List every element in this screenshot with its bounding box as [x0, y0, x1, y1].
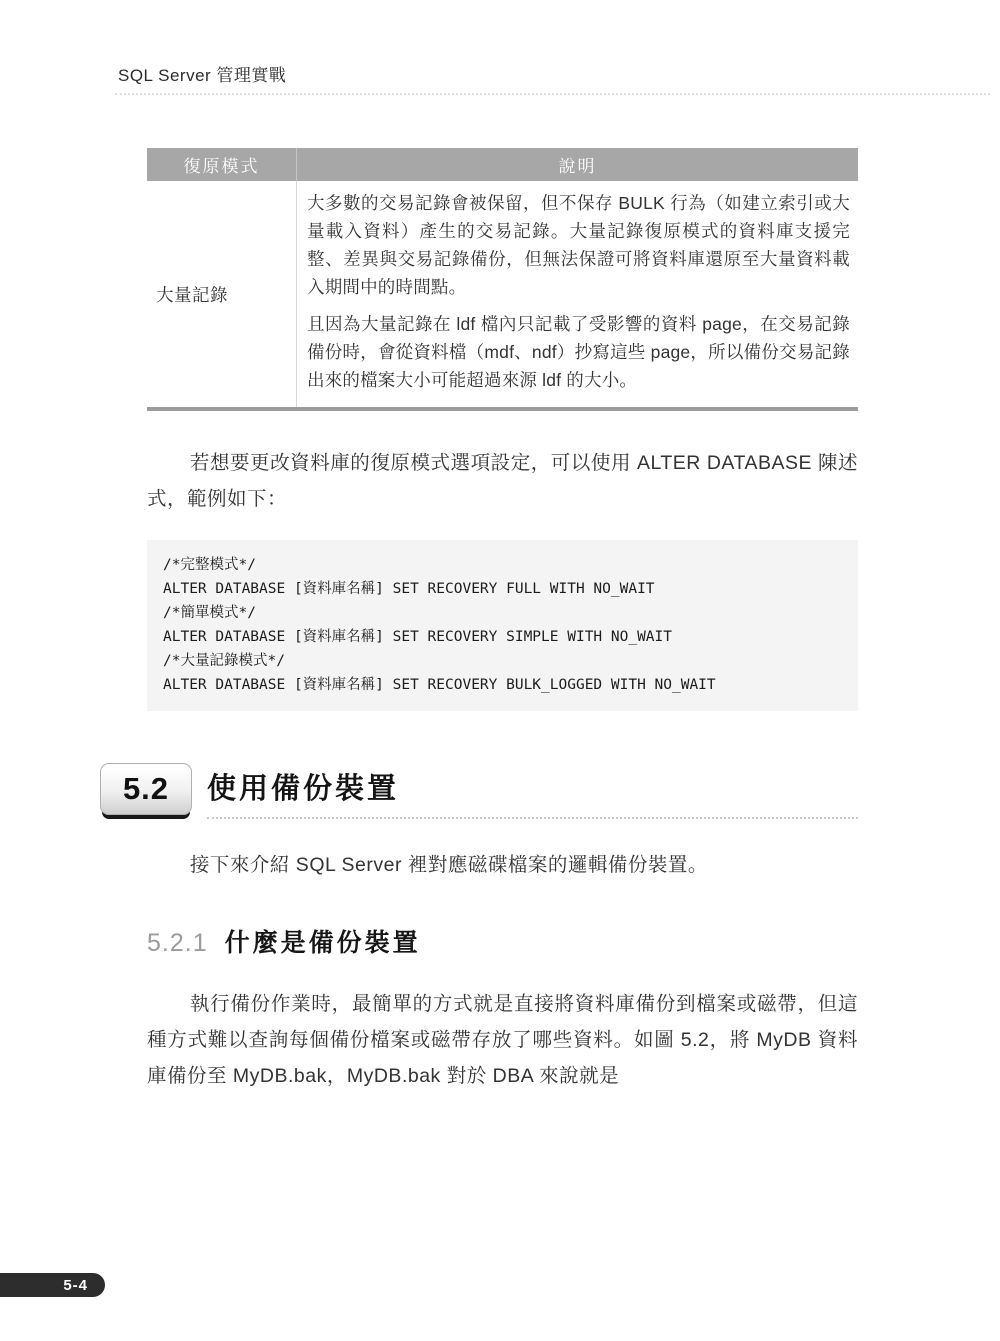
- page-number-badge: 5-4: [0, 1273, 105, 1297]
- cell-description: 大多數的交易記錄會被保留，但不保存 BULK 行為（如建立索引或大量載入資料）產…: [297, 181, 858, 407]
- section-number-badge: 5.2: [100, 763, 192, 815]
- section-title: 使用備份裝置: [207, 766, 399, 815]
- table-header-row: 復原模式 說明: [147, 148, 858, 181]
- subsection-title: 什麼是備份裝置: [225, 923, 421, 959]
- code-line: ALTER DATABASE [資料庫名稱] SET RECOVERY FULL…: [163, 577, 842, 601]
- header-divider: [115, 93, 990, 95]
- section-lead-paragraph: 接下來介紹 SQL Server 裡對應磁碟檔案的邏輯備份裝置。: [147, 847, 858, 883]
- sql-code-block: /*完整模式*/ ALTER DATABASE [資料庫名稱] SET RECO…: [147, 540, 858, 711]
- code-line: /*大量記錄模式*/: [163, 649, 842, 673]
- section-title-rule: 使用備份裝置: [207, 763, 858, 819]
- header-cell-recovery-model: 復原模式: [147, 148, 297, 181]
- section-number: 5.2: [123, 771, 169, 807]
- cell-recovery-model: 大量記錄: [147, 181, 297, 407]
- description-paragraph: 且因為大量記錄在 ldf 檔內只記載了受影響的資料 page，在交易記錄備份時，…: [307, 310, 850, 394]
- intro-paragraph: 若想要更改資料庫的復原模式選項設定，可以使用 ALTER DATABASE 陳述…: [147, 445, 858, 517]
- section-heading: 5.2 使用備份裝置: [100, 763, 858, 819]
- subsection-number: 5.2.1: [147, 929, 208, 958]
- description-paragraph: 大多數的交易記錄會被保留，但不保存 BULK 行為（如建立索引或大量載入資料）產…: [307, 189, 850, 301]
- code-line: ALTER DATABASE [資料庫名稱] SET RECOVERY SIMP…: [163, 625, 842, 649]
- table-row: 大量記錄 大多數的交易記錄會被保留，但不保存 BULK 行為（如建立索引或大量載…: [147, 181, 858, 407]
- running-header: SQL Server 管理實戰: [118, 61, 286, 86]
- code-line: /*完整模式*/: [163, 553, 842, 577]
- recovery-model-table: 復原模式 說明 大量記錄 大多數的交易記錄會被保留，但不保存 BULK 行為（如…: [147, 148, 858, 411]
- code-line: ALTER DATABASE [資料庫名稱] SET RECOVERY BULK…: [163, 673, 842, 697]
- page-number: 5-4: [63, 1277, 88, 1294]
- page-content: 復原模式 說明 大量記錄 大多數的交易記錄會被保留，但不保存 BULK 行為（如…: [147, 148, 858, 1094]
- code-line: /*簡單模式*/: [163, 601, 842, 625]
- header-cell-description: 說明: [297, 148, 858, 181]
- body-paragraph: 執行備份作業時，最簡單的方式就是直接將資料庫備份到檔案或磁帶，但這種方式難以查詢…: [147, 986, 858, 1094]
- subsection-heading: 5.2.1 什麼是備份裝置: [147, 923, 858, 959]
